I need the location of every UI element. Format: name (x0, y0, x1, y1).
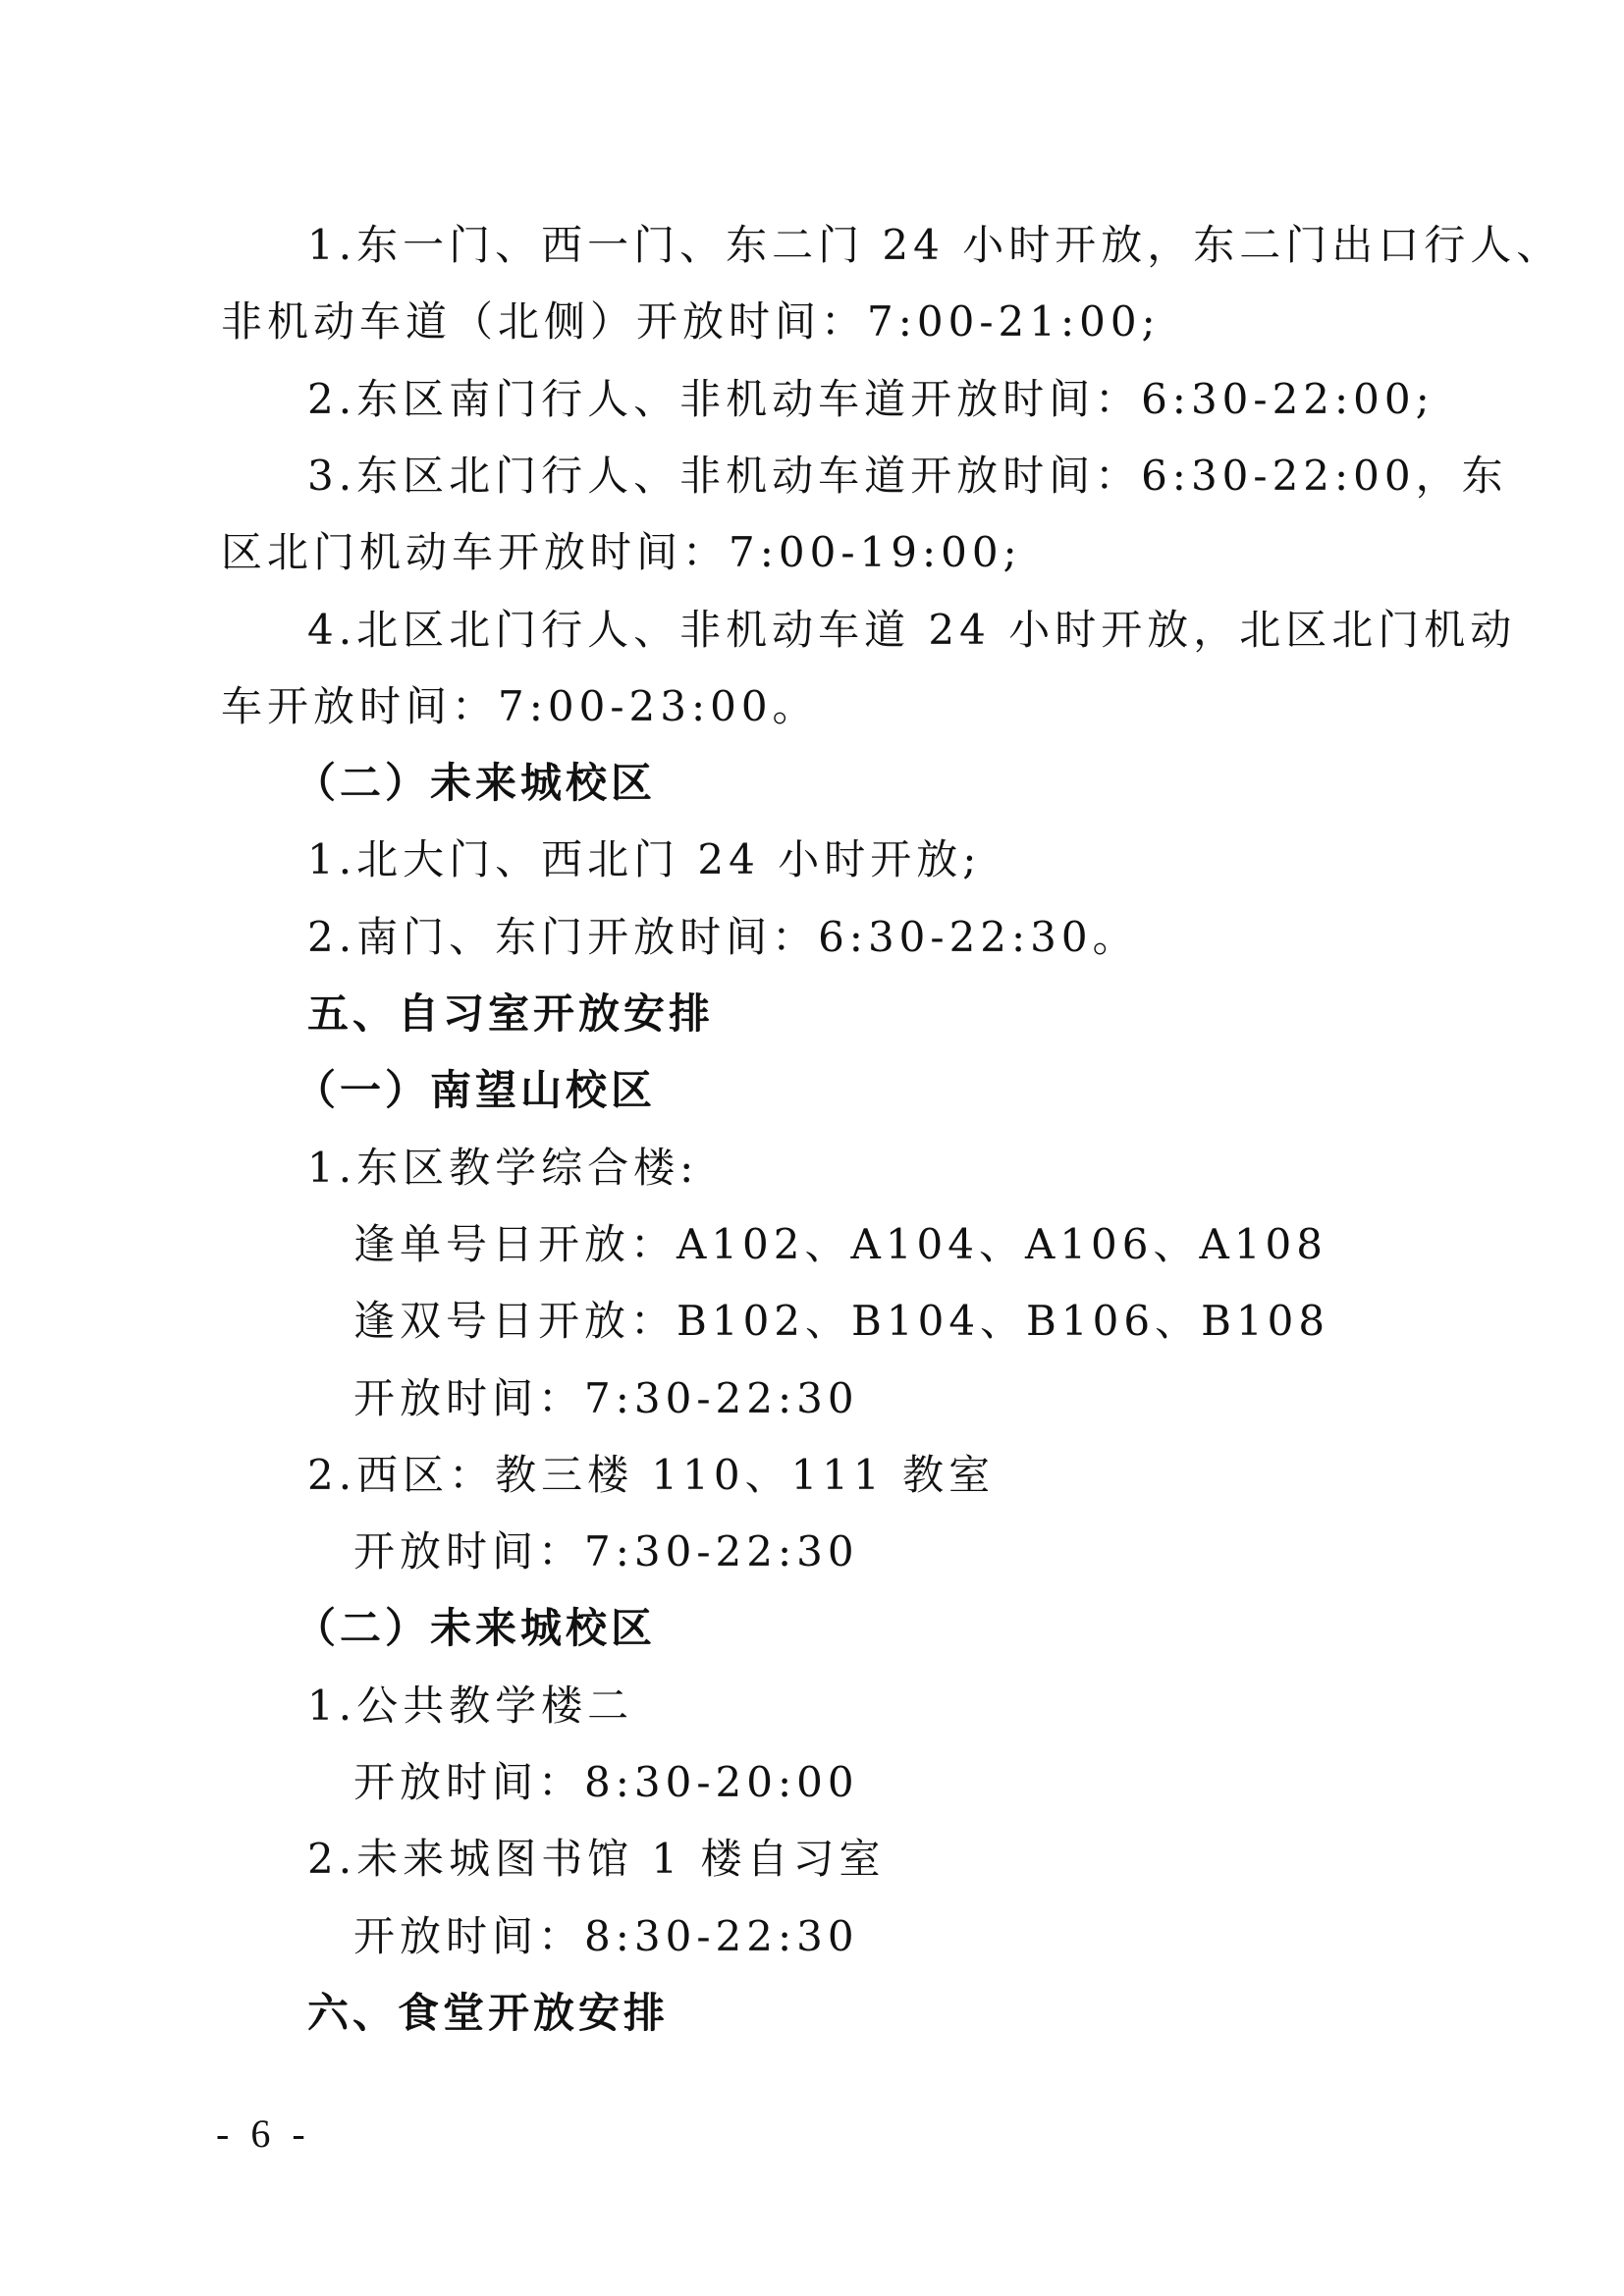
text-line: 2.未来城图书馆 1 楼自习室 (307, 1821, 1505, 1897)
text-line: 1.东一门、西一门、东二门 24 小时开放，东二门出口行人、 (307, 207, 1505, 284)
text-line: 逢单号日开放：A102、A104、A106、A108 (353, 1206, 1551, 1283)
text-line: 4.北区北门行人、非机动车道 24 小时开放，北区北门机动 (307, 592, 1505, 668)
text-line: 2.西区：教三楼 110、111 教室 (307, 1437, 1505, 1514)
text-line: 开放时间：7:30-22:30 (353, 1514, 1551, 1590)
text-line: 非机动车道（北侧）开放时间：7:00-21:00; (221, 284, 1419, 360)
text-line: 开放时间：7:30-22:30 (353, 1361, 1551, 1437)
text-line: 1.公共教学楼二 (307, 1668, 1505, 1744)
text-line: 区北门机动车开放时间：7:00-19:00; (221, 514, 1419, 591)
page-number: - 6 - (216, 2110, 311, 2157)
text-line: 1.北大门、西北门 24 小时开放; (307, 822, 1505, 898)
document-page: 1.东一门、西一门、东二门 24 小时开放，东二门出口行人、非机动车道（北侧）开… (0, 0, 1624, 2296)
text-line: 车开放时间：7:00-23:00。 (221, 668, 1419, 745)
subsection-heading: （二）未来城校区 (295, 745, 1492, 822)
section-heading: 五、自习室开放安排 (307, 976, 1505, 1052)
text-line: 开放时间：8:30-20:00 (353, 1744, 1551, 1821)
subsection-heading: （二）未来城校区 (295, 1590, 1492, 1667)
section-heading: 六、食堂开放安排 (307, 1975, 1505, 2052)
text-line: 逢双号日开放：B102、B104、B106、B108 (353, 1283, 1551, 1360)
text-line: 2.东区南门行人、非机动车道开放时间：6:30-22:00; (307, 361, 1505, 438)
text-line: 3.东区北门行人、非机动车道开放时间：6:30-22:00，东 (307, 438, 1505, 514)
text-line: 2.南门、东门开放时间：6:30-22:30。 (307, 899, 1505, 976)
text-line: 1.东区教学综合楼: (307, 1130, 1505, 1206)
subsection-heading: （一）南望山校区 (295, 1052, 1492, 1129)
text-line: 开放时间：8:30-22:30 (353, 1898, 1551, 1975)
